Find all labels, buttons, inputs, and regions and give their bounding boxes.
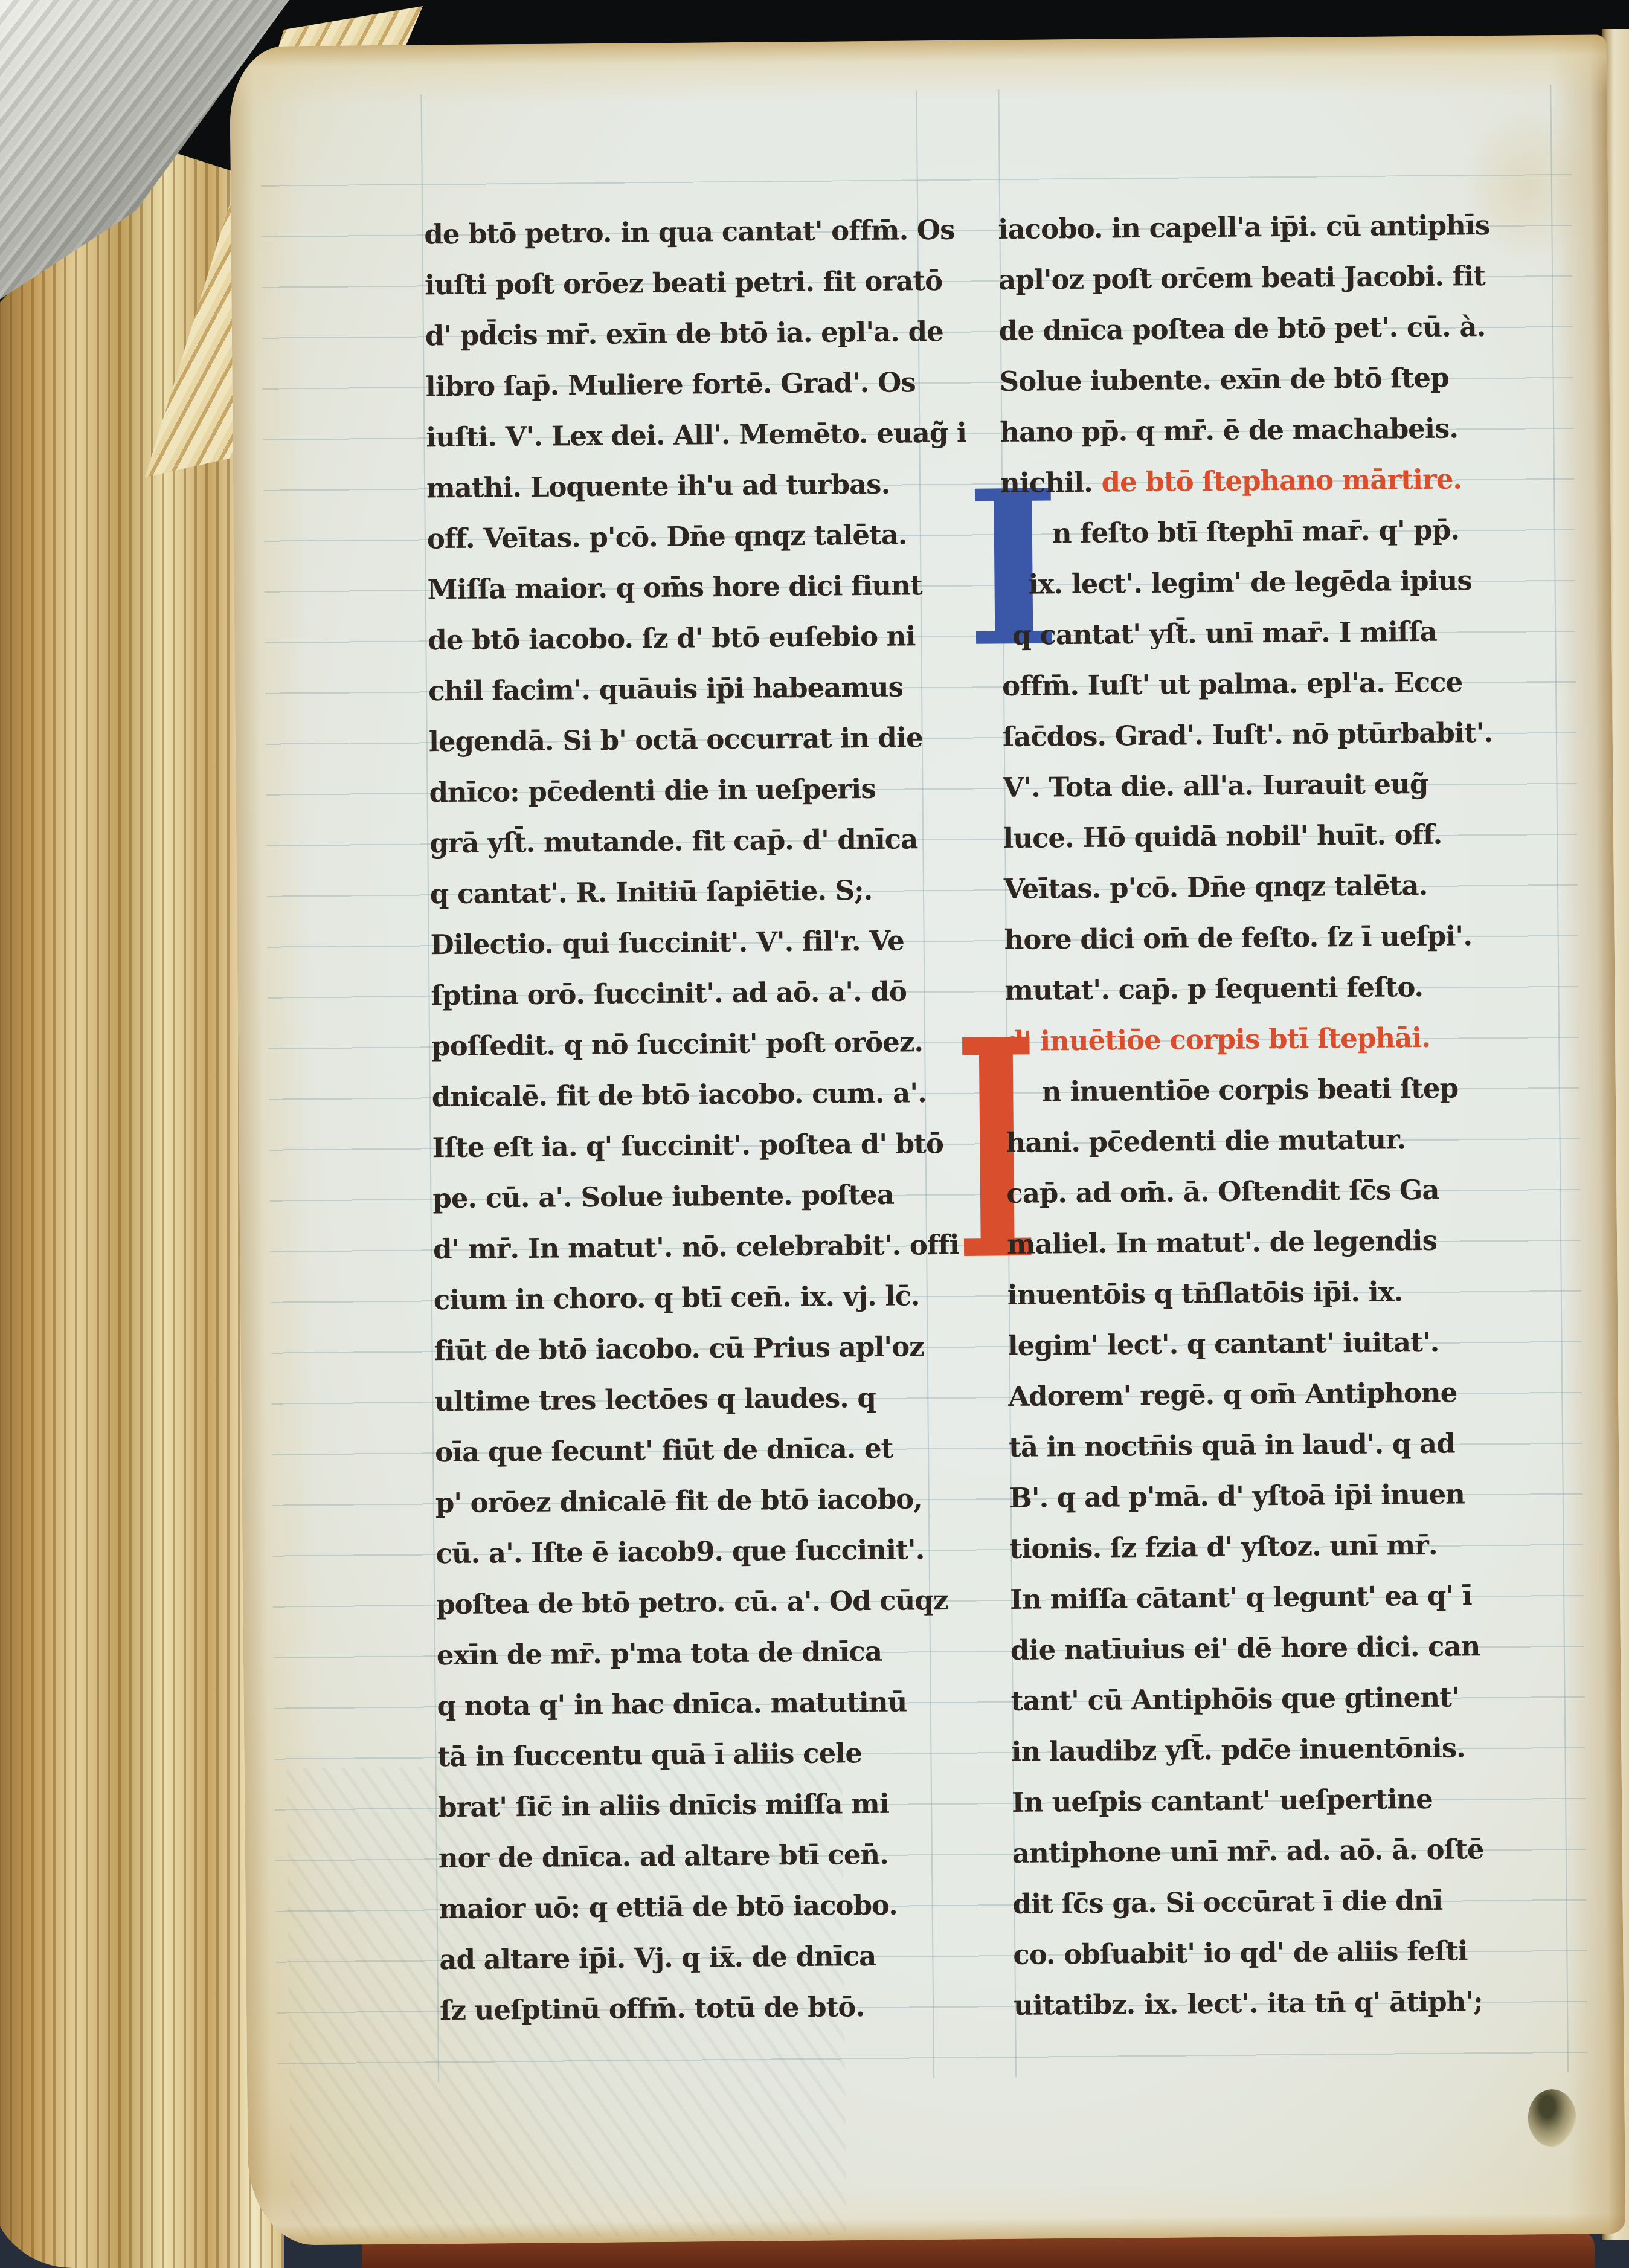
manuscript-line: cap̄. ad om̄. ā. Oſtendit ſc̄s Ga [1006, 1164, 1550, 1219]
manuscript-text-segment: uitatibz. ix. lect'. ita tn̄ q' ātiph'; [1014, 1985, 1483, 2022]
manuscript-line: fiūt de btō iacobo. cū Prius apl'oz [434, 1321, 978, 1376]
manuscript-line: de btō petro. in qua cantat' offm̄. Os [424, 205, 968, 260]
manuscript-text-segment: die natīuius ei' dē hore dici. can [1010, 1630, 1480, 1666]
manuscript-line: iuſti. V'. Lex dei. All'. Memēto. euag̃ … [426, 408, 970, 463]
manuscript-line: chil facim'. quāuis ip̄i habeamus [428, 662, 972, 717]
manuscript-line: B'. q ad p'mā. d' yſtoā ip̄i inuen [1009, 1468, 1553, 1524]
manuscript-line: antiphone unī mr̄. ad. aō. ā. oſtē [1012, 1823, 1557, 1879]
manuscript-text-segment: hano pp̄. q mr̄. ē de machabeis. [1000, 412, 1458, 448]
manuscript-line: In ueſpis cantant' ueſpertine [1012, 1773, 1556, 1828]
manuscript-line: inuentōis q tn̄ſlatōis ip̄i. ix. [1007, 1265, 1551, 1321]
manuscript-text-segment: tionis. ſz fzia d' yſtoz. unī mr̄. [1009, 1529, 1438, 1565]
manuscript-line: d' mr̄. In matut'. nō. celebrabit'. offi [433, 1219, 977, 1275]
manuscript-line: n feſto btī ſtephī mar̄. q' pp̄. [1000, 504, 1544, 559]
manuscript-text-segment: dit ſc̄s ga. Si occūrat ī die dnī [1012, 1884, 1442, 1920]
manuscript-line: d' pd̄cis mr̄. exīn de btō ia. epl'a. de [425, 306, 969, 362]
manuscript-text-segment: grā yſt̄. mutande. fit cap̄. d' dnīca [429, 823, 917, 859]
manuscript-line: exīn de mr̄. p'ma tota de dnīca [437, 1625, 981, 1681]
manuscript-text-segment: dnīco: pc̄edenti die in ueſperis [429, 773, 876, 808]
manuscript-text-segment: maior uō: q ettiā de btō iacobo. [439, 1889, 898, 1925]
manuscript-line: poſtea de btō petro. cū. a'. Od cūqz [436, 1574, 980, 1630]
manuscript-text-segment: off. Veītas. p'cō. Dn̄e qnqz talēta. [427, 518, 907, 555]
manuscript-text-segment: tā in ſuccentu quā ī aliis cele [437, 1737, 862, 1773]
manuscript-line: de btō iacobo. ſz d' btō euſebio ni [428, 611, 972, 666]
manuscript-text-segment: d' inuētiōe corpis btī ſtephāi. [1005, 1022, 1430, 1057]
manuscript-text-segment: V'. Tota die. all'a. Iurauit eug̃ [1003, 768, 1428, 804]
manuscript-line: brat' ſic̄ in aliis dnīcis miſſa mi [438, 1777, 982, 1833]
manuscript-line: q cantat'. R. Initiū ſapiētie. S;. [430, 865, 974, 920]
manuscript-line: V'. Tota die. all'a. Iurauit eug̃ [1003, 758, 1547, 813]
manuscript-text-segment: maliel. In matut'. de legendis [1007, 1225, 1437, 1260]
manuscript-text-segment: n feſto btī ſtephī mar̄. q' pp̄. [1052, 514, 1460, 549]
manuscript-text-segment: iuſti. V'. Lex dei. All'. Memēto. euag̃ … [426, 417, 966, 454]
manuscript-text-segment: ix. lect'. legim' de legēda ipius [1028, 564, 1472, 600]
manuscript-text-segment: offm̄. Iuſt' ut palma. epl'a. Ecce [1002, 666, 1463, 702]
manuscript-text-segment: mutat'. cap̄. p ſequenti feſto. [1004, 971, 1423, 1007]
manuscript-text-segment: q cantat'. R. Initiū ſapiētie. S;. [430, 874, 873, 910]
manuscript-line: dnīco: pc̄edenti die in ueſperis [429, 763, 973, 819]
manuscript-line: offm̄. Iuſt' ut palma. epl'a. Ecce [1002, 656, 1546, 712]
manuscript-text-segment: Iſte eſt ia. q' ſuccinit'. poſtea d' btō [432, 1127, 943, 1164]
manuscript-text-segment: exīn de mr̄. p'ma tota de dnīca [437, 1635, 882, 1671]
manuscript-line: n inuentiōe corpis beati ſtep [1006, 1062, 1550, 1118]
manuscript-line: tā in ſuccentu quā ī aliis cele [437, 1727, 982, 1782]
manuscript-line: hani. pc̄edenti die mutatur. [1006, 1113, 1550, 1168]
manuscript-text-segment: q nota q' in hac dnīca. matutinū [437, 1686, 907, 1722]
manuscript-line: hano pp̄. q mr̄. ē de machabeis. [1000, 402, 1544, 458]
manuscript-line: ad altare ip̄i. Vj. q ix̄. de dnīca [439, 1930, 983, 1985]
manuscript-text-segment: chil facim'. quāuis ip̄i habeamus [428, 671, 903, 707]
manuscript-text-segment: dnicalē. fit de btō iacobo. cum. a'. [432, 1077, 927, 1113]
manuscript-text-segment: Veītas. p'cō. Dn̄e qnqz talēta. [1004, 869, 1428, 905]
manuscript-line: mathi. Loquente ih'u ad turbas. [426, 459, 971, 514]
manuscript-line: mutat'. cap̄. p ſequenti feſto. [1004, 961, 1549, 1016]
manuscript-line: ſz ueſptinū offm̄. totū de btō. [440, 1980, 984, 2036]
manuscript-line: tā in noctn̄is quā in laud'. q ad [1009, 1417, 1553, 1473]
manuscript-text-segment: antiphone unī mr̄. ad. aō. ā. oſtē [1012, 1833, 1484, 1869]
manuscript-text-segment: de btō ſtephano mārtire. [1101, 463, 1462, 498]
manuscript-text-segment: brat' ſic̄ in aliis dnīcis miſſa mi [438, 1788, 889, 1824]
manuscript-text-segment: luce. Hō quidā nobil' huīt. off. [1003, 819, 1442, 854]
manuscript-line: oīa que ſecunt' fiūt de dnīca. et [435, 1422, 979, 1478]
manuscript-text-segment: oīa que ſecunt' fiūt de dnīca. et [435, 1432, 893, 1469]
manuscript-line: Iſte eſt ia. q' ſuccinit'. poſtea d' btō [432, 1118, 976, 1173]
manuscript-text-segment: fiūt de btō iacobo. cū Prius apl'oz [434, 1330, 924, 1367]
manuscript-line: q cantat' yſt̄. unī mar̄. I miſſa [1001, 605, 1546, 661]
manuscript-line: tionis. ſz fzia d' yſtoz. unī mr̄. [1009, 1519, 1553, 1574]
manuscript-line: de dnīca poſtea de btō pet'. cū. à. [999, 301, 1543, 356]
manuscript-text-segment: In miſſa cātant' q legunt' ea q' ī [1010, 1579, 1472, 1616]
manuscript-text-segment: ultime tres lectōes q laudes. q [434, 1382, 876, 1417]
parchment-stain-dark [1528, 2089, 1576, 2147]
manuscript-text-segment: ſac̄dos. Grad'. Iuſt'. nō ptūrbabit'. [1003, 717, 1493, 753]
manuscript-text-segment: p' orōez dnicalē fit de btō iacobo, [435, 1483, 923, 1519]
manuscript-line: cū. a'. Iſte ē iacob9. que ſuccinit'. [435, 1524, 980, 1579]
manuscript-text-segment: hore dici om̄ de feſto. ſz ī ueſpi'. [1004, 920, 1472, 956]
manuscript-line: hore dici om̄ de feſto. ſz ī ueſpi'. [1004, 910, 1548, 965]
manuscript-line: iuſti poſt orōez beati petri. fit oratō [425, 256, 969, 311]
manuscript-text-segment: in laudibz yſt̄. pdc̄e inuentōnis. [1011, 1732, 1465, 1768]
manuscript-text-segment: de btō petro. in qua cantat' offm̄. Os [424, 214, 954, 251]
manuscript-line: ix. lect'. legim' de legēda ipius [1001, 555, 1545, 610]
manuscript-line: libro ſap̄. Muliere fortē. Grad'. Os [425, 357, 969, 413]
text-column-left: de btō petro. in qua cantat' offm̄. Osiu… [424, 205, 983, 2037]
manuscript-line: in laudibz yſt̄. pdc̄e inuentōnis. [1011, 1722, 1555, 1777]
text-column-right: iacobo. in capell'a ip̄i. cū antiphīsapl… [998, 199, 1557, 2031]
manuscript-line: legim' lect'. q cantant' iuitat'. [1007, 1316, 1552, 1371]
manuscript-line: Solue iubente. exīn de btō ſtep [999, 352, 1543, 407]
manuscript-line: co. obſuabit' io qd' de aliis feſti [1013, 1925, 1557, 1980]
manuscript-line: uitatibz. ix. lect'. ita tn̄ q' ātiph'; [1014, 1976, 1558, 2031]
manuscript-text-segment: nor de dnīca. ad altare btī cen̄. [439, 1838, 888, 1874]
manuscript-text-segment: B'. q ad p'mā. d' yſtoā ip̄i inuen [1009, 1478, 1465, 1514]
manuscript-text-segment: legim' lect'. q cantant' iuitat'. [1007, 1326, 1439, 1362]
manuscript-line: off. Veītas. p'cō. Dn̄e qnqz talēta. [426, 509, 971, 565]
manuscript-text-segment: ſptina orō. ſuccinit'. ad aō. a'. dō [431, 975, 907, 1011]
manuscript-text-segment: inuentōis q tn̄ſlatōis ip̄i. ix. [1007, 1275, 1403, 1311]
manuscript-line: nichil. de btō ſtephano mārtire. [1000, 453, 1544, 509]
manuscript-text-segment: q cantat' yſt̄. unī mar̄. I miſſa [1012, 616, 1437, 651]
manuscript-photo: I I de btō petro. in qua cantat' offm̄. … [0, 0, 1629, 2268]
manuscript-line: dnicalē. fit de btō iacobo. cum. a'. [432, 1067, 976, 1123]
manuscript-line: nor de dnīca. ad altare btī cen̄. [439, 1828, 983, 1884]
manuscript-text-segment: de dnīca poſtea de btō pet'. cū. à. [999, 311, 1486, 347]
manuscript-text-segment: d' mr̄. In matut'. nō. celebrabit'. offi [433, 1229, 959, 1266]
manuscript-text-segment: apl'oz poſt orc̄em beati Jacobi. fit [998, 260, 1485, 296]
manuscript-text-segment: poſſedit. q nō ſuccinit' poſt orōez. [431, 1026, 923, 1062]
manuscript-line: pe. cū. a'. Solue iubente. poſtea [432, 1168, 977, 1224]
manuscript-text-segment: Solue iubente. exīn de btō ſtep [999, 362, 1448, 398]
manuscript-text-segment: iacobo. in capell'a ip̄i. cū antiphīs [998, 209, 1489, 245]
manuscript-text-segment: mathi. Loquente ih'u ad turbas. [426, 468, 890, 504]
manuscript-text-segment: ad altare ip̄i. Vj. q ix̄. de dnīca [439, 1940, 876, 1976]
manuscript-text-segment: tant' cū Antiphōis que gtinent' [1010, 1681, 1459, 1717]
manuscript-text-segment: ſz ueſptinū offm̄. totū de btō. [440, 1991, 865, 2026]
manuscript-line: ſac̄dos. Grad'. Iuſt'. nō ptūrbabit'. [1002, 707, 1546, 762]
manuscript-text-segment: n inuentiōe corpis beati ſtep [1042, 1072, 1459, 1108]
manuscript-text-segment: cium in choro. q btī cen̄. ix. vj. lc̄. [434, 1280, 920, 1316]
manuscript-line: d' inuētiōe corpis btī ſtephāi. [1005, 1011, 1549, 1067]
manuscript-line: In miſſa cātant' q legunt' ea q' ī [1010, 1570, 1554, 1625]
manuscript-text-segment: tā in noctn̄is quā in laud'. q ad [1009, 1428, 1455, 1463]
manuscript-line: luce. Hō quidā nobil' huīt. off. [1003, 808, 1547, 864]
parchment-page: I I de btō petro. in qua cantat' offm̄. … [230, 34, 1626, 2246]
manuscript-line: Veītas. p'cō. Dn̄e qnqz talēta. [1004, 859, 1548, 915]
manuscript-line: ſptina orō. ſuccinit'. ad aō. a'. dō [431, 965, 975, 1021]
manuscript-text-segment: co. obſuabit' io qd' de aliis feſti [1013, 1935, 1467, 1971]
manuscript-line: tant' cū Antiphōis que gtinent' [1010, 1671, 1555, 1727]
manuscript-text-segment: cap̄. ad om̄. ā. Oſtendit ſc̄s Ga [1006, 1174, 1439, 1210]
manuscript-line: q nota q' in hac dnīca. matutinū [437, 1676, 981, 1732]
manuscript-text-segment: Miſſa maior. q om̄s hore dici fiunt [427, 569, 922, 605]
manuscript-text-segment: legendā. Si b' octā occurrat in die [429, 721, 923, 758]
manuscript-text-segment: In ueſpis cantant' ueſpertine [1012, 1783, 1433, 1819]
manuscript-line: dit ſc̄s ga. Si occūrat ī die dnī [1012, 1874, 1557, 1930]
manuscript-text-segment: nichil. [1000, 466, 1102, 499]
manuscript-line: iacobo. in capell'a ip̄i. cū antiphīs [998, 199, 1542, 255]
manuscript-line: maior uō: q ettiā de btō iacobo. [439, 1879, 983, 1935]
manuscript-line: poſſedit. q nō ſuccinit' poſt orōez. [431, 1016, 975, 1072]
manuscript-text-segment: Adorem' regē. q om̄ Antiphone [1008, 1377, 1457, 1413]
manuscript-line: Adorem' regē. q om̄ Antiphone [1008, 1367, 1552, 1422]
manuscript-text-segment: Dilectio. qui ſuccinit'. V'. fil'r. Ve [430, 925, 904, 961]
manuscript-line: maliel. In matut'. de legendis [1007, 1214, 1551, 1270]
manuscript-text-segment: d' pd̄cis mr̄. exīn de btō ia. epl'a. de [425, 315, 943, 352]
manuscript-line: cium in choro. q btī cen̄. ix. vj. lc̄. [433, 1270, 977, 1326]
manuscript-line: Miſſa maior. q om̄s hore dici fiunt [427, 560, 971, 616]
manuscript-text-segment: de btō iacobo. ſz d' btō euſebio ni [428, 620, 916, 656]
manuscript-line: p' orōez dnicalē fit de btō iacobo, [435, 1473, 979, 1529]
manuscript-line: apl'oz poſt orc̄em beati Jacobi. fit [998, 250, 1543, 306]
manuscript-text-segment: pe. cū. a'. Solue iubente. poſtea [432, 1179, 894, 1215]
manuscript-line: ultime tres lectōes q laudes. q [434, 1371, 978, 1427]
manuscript-text-segment: hani. pc̄edenti die mutatur. [1006, 1123, 1406, 1159]
manuscript-line: grā yſt̄. mutande. fit cap̄. d' dnīca [429, 814, 974, 869]
manuscript-text-segment: poſtea de btō petro. cū. a'. Od cūqz [436, 1584, 948, 1620]
manuscript-text-segment: cū. a'. Iſte ē iacob9. que ſuccinit'. [435, 1533, 924, 1570]
manuscript-line: legendā. Si b' octā occurrat in die [428, 712, 972, 768]
manuscript-line: Dilectio. qui ſuccinit'. V'. fil'r. Ve [430, 915, 974, 970]
manuscript-text-segment: iuſti poſt orōez beati petri. fit oratō [425, 265, 942, 301]
manuscript-line: die natīuius ei' dē hore dici. can [1010, 1620, 1555, 1676]
manuscript-text-segment: libro ſap̄. Muliere fortē. Grad'. Os [425, 366, 915, 402]
